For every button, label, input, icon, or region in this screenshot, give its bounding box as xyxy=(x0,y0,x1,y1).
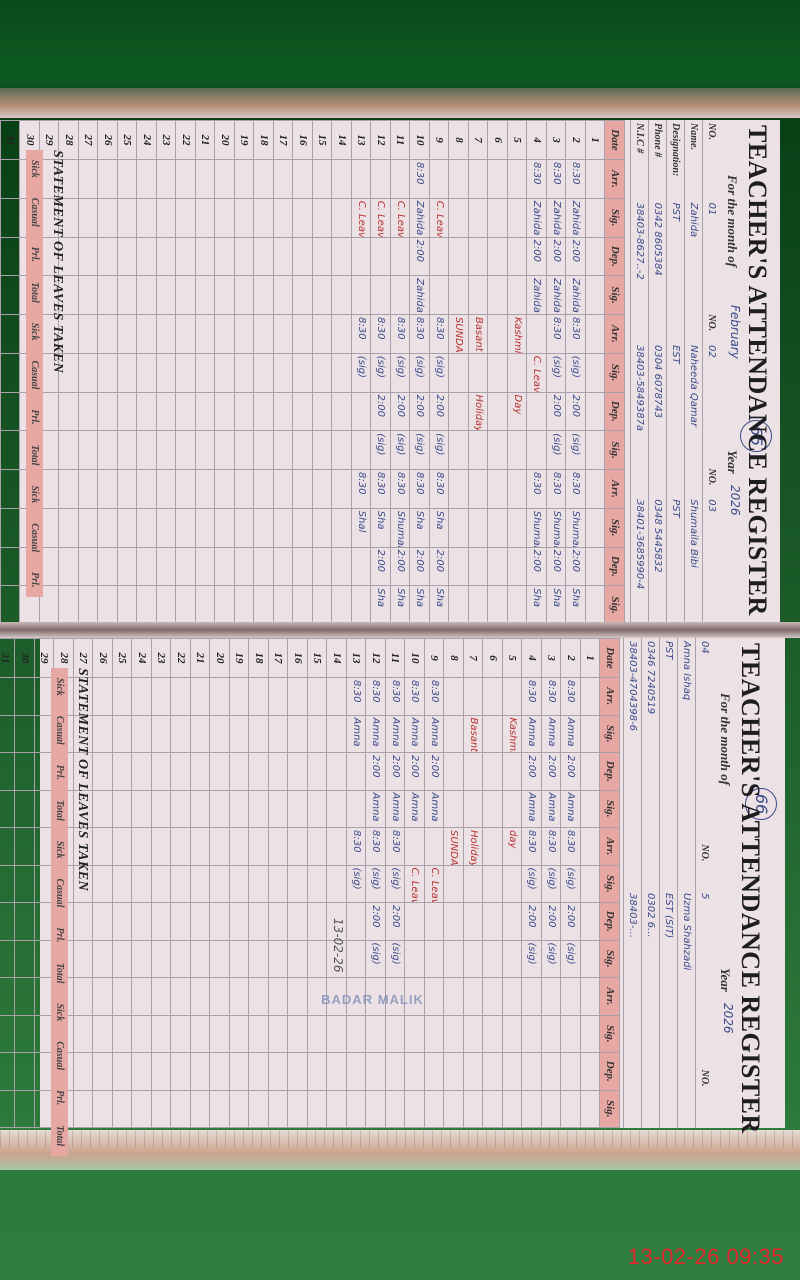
attendance-cell xyxy=(581,978,601,1016)
attendance-cell: 2:00 xyxy=(371,547,391,586)
attendance-cell xyxy=(508,353,528,392)
attendance-cell xyxy=(269,1053,289,1091)
attendance-cell xyxy=(503,678,523,716)
attendance-cell xyxy=(176,508,196,547)
table-row: 8SUNDAY xyxy=(449,121,469,625)
attendance-cell xyxy=(215,198,235,237)
table-row: 6 xyxy=(488,121,508,625)
attendance-cell xyxy=(215,586,235,625)
leave-column: Prl. xyxy=(51,755,68,790)
teacher-2-nic: 38403-... xyxy=(624,890,642,1067)
attendance-cell: Kashmir xyxy=(503,715,523,753)
attendance-cell: 2:00 xyxy=(366,903,386,941)
attendance-cell xyxy=(449,237,469,276)
attendance-cell: 8:30 xyxy=(366,678,386,716)
attendance-cell xyxy=(327,678,347,716)
teacher-1-phone: 0342 8605384 xyxy=(649,200,667,312)
teacher-3-phone: 0348 5445832 xyxy=(649,496,667,625)
attendance-cell xyxy=(308,753,328,791)
column-header: Sig. xyxy=(600,715,620,753)
attendance-cell xyxy=(132,865,152,903)
table-row: 9C. Leave8:30(sig)2:00(sig)8:30Sha2:00Sh… xyxy=(430,121,450,625)
attendance-cell xyxy=(308,790,328,828)
attendance-cell xyxy=(137,431,157,470)
attendance-cell xyxy=(152,865,172,903)
date-cell: 14 xyxy=(327,639,347,678)
attendance-cell xyxy=(483,1053,503,1091)
table-row: 31 xyxy=(0,639,15,1128)
leave-column: Casual xyxy=(26,188,43,237)
table-row: 17 xyxy=(274,121,294,625)
attendance-cell: (sig) xyxy=(547,431,567,470)
date-cell: 4 xyxy=(522,639,542,678)
attendance-cell xyxy=(157,237,177,276)
attendance-cell xyxy=(430,276,450,315)
date-cell: 13 xyxy=(347,639,367,678)
attendance-cell xyxy=(1,392,21,431)
register-page-right: 66 TEACHER'S ATTENDANCE REGISTER For the… xyxy=(40,638,785,1128)
attendance-cell xyxy=(230,828,250,866)
leaves-statement-left: STATEMENT OF LEAVES TAKEN SickCasualPrl.… xyxy=(26,150,65,597)
table-row: 22 xyxy=(176,121,196,625)
attendance-cell xyxy=(118,508,138,547)
attendance-cell: (sig) xyxy=(542,865,562,903)
attendance-cell xyxy=(488,470,508,509)
attendance-cell xyxy=(230,1015,250,1053)
attendance-cell xyxy=(113,978,133,1016)
table-row: 16 xyxy=(288,639,308,1128)
attendance-cell xyxy=(488,237,508,276)
attendance-cell xyxy=(196,586,216,625)
attendance-cell xyxy=(171,753,191,791)
attendance-cell xyxy=(581,1053,601,1091)
attendance-cell: (sig) xyxy=(391,353,411,392)
attendance-cell: 2:00 xyxy=(386,753,406,791)
attendance-cell: 8:30 xyxy=(410,160,430,199)
teacher-2-name: Uzma Shahzadi xyxy=(678,890,696,1067)
attendance-cell xyxy=(449,392,469,431)
attendance-cell xyxy=(118,470,138,509)
attendance-cell xyxy=(137,276,157,315)
attendance-cell xyxy=(210,940,230,978)
attendance-cell xyxy=(313,237,333,276)
attendance-cell xyxy=(483,678,503,716)
attendance-cell xyxy=(464,790,484,828)
table-row: 138:30Amna8:30(sig) xyxy=(347,639,367,1128)
attendance-cell: 2:00 xyxy=(566,392,586,431)
table-row: 26 xyxy=(93,639,113,1128)
attendance-cell: Zahida xyxy=(410,276,430,315)
attendance-cell xyxy=(332,276,352,315)
attendance-cell: 8:30 xyxy=(410,315,430,354)
attendance-cell xyxy=(98,315,118,354)
attendance-cell: 8:30 xyxy=(547,470,567,509)
attendance-cell xyxy=(118,160,138,199)
teacher-2-phone: 0302 6... xyxy=(642,890,660,1067)
attendance-cell: 8:30 xyxy=(566,315,586,354)
date-cell: 26 xyxy=(98,121,118,160)
attendance-cell: (sig) xyxy=(391,431,411,470)
attendance-cell: 8:30 xyxy=(522,828,542,866)
leave-column: Total xyxy=(26,435,43,476)
attendance-cell: Shumaila xyxy=(391,508,411,547)
attendance-cell: Zahida xyxy=(410,198,430,237)
leave-column: Casual xyxy=(51,706,68,755)
teacher-2-designation: EST (SIT) xyxy=(660,890,678,1067)
attendance-cell: 8:30 xyxy=(566,470,586,509)
attendance-cell xyxy=(230,865,250,903)
attendance-cell xyxy=(469,160,489,199)
attendance-cell xyxy=(79,431,99,470)
leave-column: Sick xyxy=(51,831,68,869)
attendance-cell xyxy=(503,1090,523,1128)
attendance-cell xyxy=(235,276,255,315)
attendance-cell: 2:00 xyxy=(527,547,547,586)
attendance-cell xyxy=(581,678,601,716)
attendance-cell: 2:00 xyxy=(410,237,430,276)
attendance-cell xyxy=(210,1053,230,1091)
date-cell: 4 xyxy=(527,121,547,160)
table-row: 20 xyxy=(215,121,235,625)
table-row: 14 xyxy=(332,121,352,625)
column-header: Sig. xyxy=(605,508,625,547)
attendance-cell xyxy=(152,1090,172,1128)
attendance-cell xyxy=(352,237,372,276)
date-cell: 18 xyxy=(254,121,274,160)
attendance-cell: 8:30 xyxy=(352,315,372,354)
attendance-cell xyxy=(308,828,328,866)
attendance-cell xyxy=(488,547,508,586)
attendance-cell xyxy=(215,276,235,315)
teacher-3-no xyxy=(696,1115,714,1128)
attendance-cell xyxy=(488,508,508,547)
attendance-cell xyxy=(327,865,347,903)
attendance-cell xyxy=(171,903,191,941)
teacher-1-nic: 38403-4704398-6 xyxy=(624,638,642,841)
column-header: Arr. xyxy=(600,978,620,1016)
attendance-cell xyxy=(157,508,177,547)
year-label: Year xyxy=(724,450,740,474)
column-header: Dep. xyxy=(605,392,625,431)
teacher-1-designation: PST xyxy=(660,638,678,841)
no-label: NO. xyxy=(703,120,721,200)
attendance-cell xyxy=(288,828,308,866)
attendance-cell xyxy=(191,1053,211,1091)
column-header: Sig. xyxy=(605,276,625,315)
date-cell: 9 xyxy=(425,639,445,678)
attendance-cell: 2:00 xyxy=(366,753,386,791)
stamp-date: 13-02-26 xyxy=(331,918,345,972)
attendance-cell xyxy=(586,237,606,276)
attendance-cell xyxy=(332,508,352,547)
attendance-cell xyxy=(254,586,274,625)
attendance-cell xyxy=(371,237,391,276)
attendance-cell xyxy=(79,470,99,509)
attendance-cell xyxy=(1,237,21,276)
attendance-cell: Zahida xyxy=(527,276,547,315)
attendance-cell xyxy=(308,1090,328,1128)
attendance-cell xyxy=(254,547,274,586)
attendance-cell xyxy=(269,678,289,716)
attendance-cell xyxy=(327,828,347,866)
attendance-cell xyxy=(196,276,216,315)
attendance-cell xyxy=(132,1015,152,1053)
date-cell: 11 xyxy=(391,121,411,160)
attendance-cell xyxy=(230,978,250,1016)
attendance-cell xyxy=(152,678,172,716)
attendance-cell xyxy=(391,160,411,199)
leave-column: Prl. xyxy=(26,399,43,434)
attendance-cell xyxy=(196,392,216,431)
attendance-cell xyxy=(313,547,333,586)
date-cell: 10 xyxy=(410,121,430,160)
attendance-cell xyxy=(444,903,464,941)
attendance-cell: Sha xyxy=(430,586,450,625)
attendance-cell: (sig) xyxy=(347,865,367,903)
attendance-cell xyxy=(249,940,269,978)
attendance-cell xyxy=(0,940,15,978)
attendance-cell xyxy=(157,198,177,237)
attendance-cell xyxy=(157,470,177,509)
table-row: 22 xyxy=(171,639,191,1128)
attendance-cell: 8:30 xyxy=(430,315,450,354)
attendance-cell: 2:00 xyxy=(425,753,445,791)
attendance-cell xyxy=(332,470,352,509)
attendance-cell xyxy=(15,790,35,828)
attendance-cell xyxy=(371,276,391,315)
leave-column: Prl. xyxy=(51,1080,68,1115)
attendance-cell xyxy=(230,753,250,791)
attendance-cell: 2:00 xyxy=(566,237,586,276)
attendance-cell xyxy=(230,1053,250,1091)
table-row: 7BasantHolidays xyxy=(464,639,484,1128)
attendance-cell xyxy=(332,547,352,586)
attendance-cell xyxy=(210,828,230,866)
table-row: 25 xyxy=(113,639,133,1128)
date-cell: 7 xyxy=(464,639,484,678)
attendance-cell xyxy=(347,1015,367,1053)
column-header: Arr. xyxy=(600,828,620,866)
table-row: 48:30Amna2:00Amna8:30(sig)2:00(sig) xyxy=(522,639,542,1128)
attendance-cell xyxy=(152,1015,172,1053)
attendance-cell xyxy=(196,315,216,354)
attendance-cell xyxy=(483,753,503,791)
attendance-cell xyxy=(113,828,133,866)
attendance-cell xyxy=(488,353,508,392)
attendance-cell: Zahida xyxy=(527,198,547,237)
attendance-cell: SUNDAY xyxy=(449,315,469,354)
teacher-info-table: NO. 01 NO. 02 NO. 03 Name. Zahida Naheed… xyxy=(630,120,720,625)
table-row: 27 xyxy=(79,121,99,625)
attendance-cell xyxy=(171,1090,191,1128)
table-row: 108:30Zahida2:00Zahida8:30(sig)2:00(sig)… xyxy=(410,121,430,625)
attendance-cell xyxy=(269,790,289,828)
attendance-cell xyxy=(293,160,313,199)
attendance-cell: (sig) xyxy=(371,431,391,470)
attendance-cell xyxy=(464,753,484,791)
date-cell: 11 xyxy=(386,639,406,678)
attendance-cell xyxy=(483,790,503,828)
attendance-cell xyxy=(483,1090,503,1128)
attendance-cell xyxy=(215,547,235,586)
attendance-cell xyxy=(464,978,484,1016)
column-header: Arr. xyxy=(605,160,625,199)
date-cell: 12 xyxy=(371,121,391,160)
date-cell: 20 xyxy=(215,121,235,160)
attendance-cell xyxy=(230,940,250,978)
attendance-cell xyxy=(113,1090,133,1128)
attendance-cell xyxy=(386,1053,406,1091)
table-row: 118:30Amna2:00Amna8:30(sig)2:00(sig) xyxy=(386,639,406,1128)
attendance-cell: Amna xyxy=(522,790,542,828)
attendance-cell xyxy=(327,715,347,753)
attendance-cell: (sig) xyxy=(352,353,372,392)
attendance-cell xyxy=(488,198,508,237)
attendance-cell: Amna xyxy=(561,790,581,828)
attendance-cell xyxy=(469,198,489,237)
attendance-cell xyxy=(508,470,528,509)
attendance-cell: 8:30 xyxy=(527,160,547,199)
attendance-cell: 2:00 xyxy=(547,392,567,431)
attendance-cell xyxy=(586,315,606,354)
attendance-cell xyxy=(405,940,425,978)
date-cell: 26 xyxy=(93,639,113,678)
attendance-cell xyxy=(488,160,508,199)
attendance-cell xyxy=(503,753,523,791)
table-row: 15 xyxy=(313,121,333,625)
attendance-cell xyxy=(15,1090,35,1128)
attendance-cell xyxy=(137,198,157,237)
attendance-cell xyxy=(176,431,196,470)
attendance-cell xyxy=(352,160,372,199)
attendance-cell: Day xyxy=(508,392,528,431)
attendance-cell xyxy=(586,586,606,625)
attendance-cell xyxy=(93,940,113,978)
leave-column: Casual xyxy=(51,1031,68,1080)
photo-timestamp: 13-02-26 09:35 xyxy=(628,1244,784,1270)
attendance-cell xyxy=(308,1015,328,1053)
attendance-cell xyxy=(98,353,118,392)
attendance-cell xyxy=(449,276,469,315)
attendance-cell xyxy=(405,1015,425,1053)
attendance-cell xyxy=(274,586,294,625)
attendance-cell xyxy=(332,160,352,199)
attendance-cell xyxy=(308,940,328,978)
table-row: 19 xyxy=(235,121,255,625)
attendance-cell xyxy=(366,1090,386,1128)
attendance-cell xyxy=(152,828,172,866)
attendance-cell xyxy=(249,753,269,791)
leave-column: Sick xyxy=(26,475,43,513)
attendance-cell xyxy=(288,903,308,941)
attendance-cell xyxy=(386,1090,406,1128)
attendance-cell xyxy=(327,790,347,828)
date-cell: 15 xyxy=(313,121,333,160)
attendance-cell xyxy=(235,315,255,354)
attendance-cell xyxy=(1,547,21,586)
teacher-1-no: 04 xyxy=(696,638,714,841)
date-cell: 20 xyxy=(210,639,230,678)
table-row: 16 xyxy=(293,121,313,625)
attendance-cell xyxy=(561,1090,581,1128)
attendance-cell xyxy=(137,547,157,586)
attendance-cell: 2:00 xyxy=(547,547,567,586)
leaves-title: STATEMENT OF LEAVES TAKEN xyxy=(74,668,90,1156)
attendance-cell xyxy=(176,237,196,276)
attendance-cell xyxy=(405,1090,425,1128)
leave-column: Casual xyxy=(26,513,43,562)
attendance-cell xyxy=(488,315,508,354)
attendance-cell xyxy=(332,353,352,392)
attendance-cell xyxy=(503,1053,523,1091)
attendance-cell xyxy=(113,940,133,978)
attendance-cell xyxy=(249,1090,269,1128)
attendance-cell xyxy=(171,678,191,716)
attendance-cell xyxy=(0,790,15,828)
attendance-cell xyxy=(230,1090,250,1128)
attendance-cell xyxy=(93,1090,113,1128)
attendance-cell: (sig) xyxy=(522,865,542,903)
date-cell: 18 xyxy=(249,639,269,678)
attendance-cell: Sha xyxy=(547,586,567,625)
date-cell: 6 xyxy=(483,639,503,678)
attendance-cell xyxy=(152,940,172,978)
attendance-cell xyxy=(425,1090,445,1128)
attendance-cell xyxy=(171,1015,191,1053)
attendance-cell: (sig) xyxy=(566,353,586,392)
teacher-1-name: Amna Ishaq xyxy=(678,638,696,841)
attendance-cell xyxy=(176,315,196,354)
date-cell: 21 xyxy=(196,121,216,160)
attendance-cell xyxy=(132,1090,152,1128)
attendance-cell xyxy=(254,198,274,237)
attendance-cell xyxy=(230,903,250,941)
teacher-2-no: 02 xyxy=(703,342,721,466)
attendance-cell xyxy=(249,865,269,903)
attendance-cell xyxy=(508,586,528,625)
no-label: NO. xyxy=(696,1067,714,1116)
attendance-cell xyxy=(215,237,235,276)
attendance-cell: 8:30 xyxy=(566,160,586,199)
attendance-cell xyxy=(449,547,469,586)
attendance-cell: (sig) xyxy=(566,431,586,470)
date-cell: 10 xyxy=(405,639,425,678)
attendance-cell xyxy=(15,940,35,978)
column-header: Sig. xyxy=(605,431,625,470)
attendance-cell xyxy=(98,160,118,199)
attendance-cell: (sig) xyxy=(386,865,406,903)
attendance-cell xyxy=(93,715,113,753)
date-cell: 31 xyxy=(0,639,15,678)
attendance-cell xyxy=(522,978,542,1016)
table-row: 7BasantHolidays xyxy=(469,121,489,625)
attendance-cell: 2:00 xyxy=(371,392,391,431)
attendance-cell: Basant xyxy=(469,315,489,354)
attendance-cell: Shal xyxy=(352,508,372,547)
attendance-cell xyxy=(522,1090,542,1128)
teacher-info-table: 04 NO. 5 NO. Amna Ishaq Uzma Shahzadi PS… xyxy=(623,638,713,1128)
attendance-cell: 2:00 xyxy=(542,903,562,941)
attendance-cell xyxy=(449,508,469,547)
attendance-cell xyxy=(269,715,289,753)
attendance-cell xyxy=(586,198,606,237)
attendance-cell xyxy=(488,276,508,315)
attendance-cell: Sha xyxy=(371,508,391,547)
date-cell: 23 xyxy=(152,639,172,678)
attendance-cell xyxy=(274,431,294,470)
table-row: 15 xyxy=(308,639,328,1128)
attendance-cell xyxy=(288,940,308,978)
